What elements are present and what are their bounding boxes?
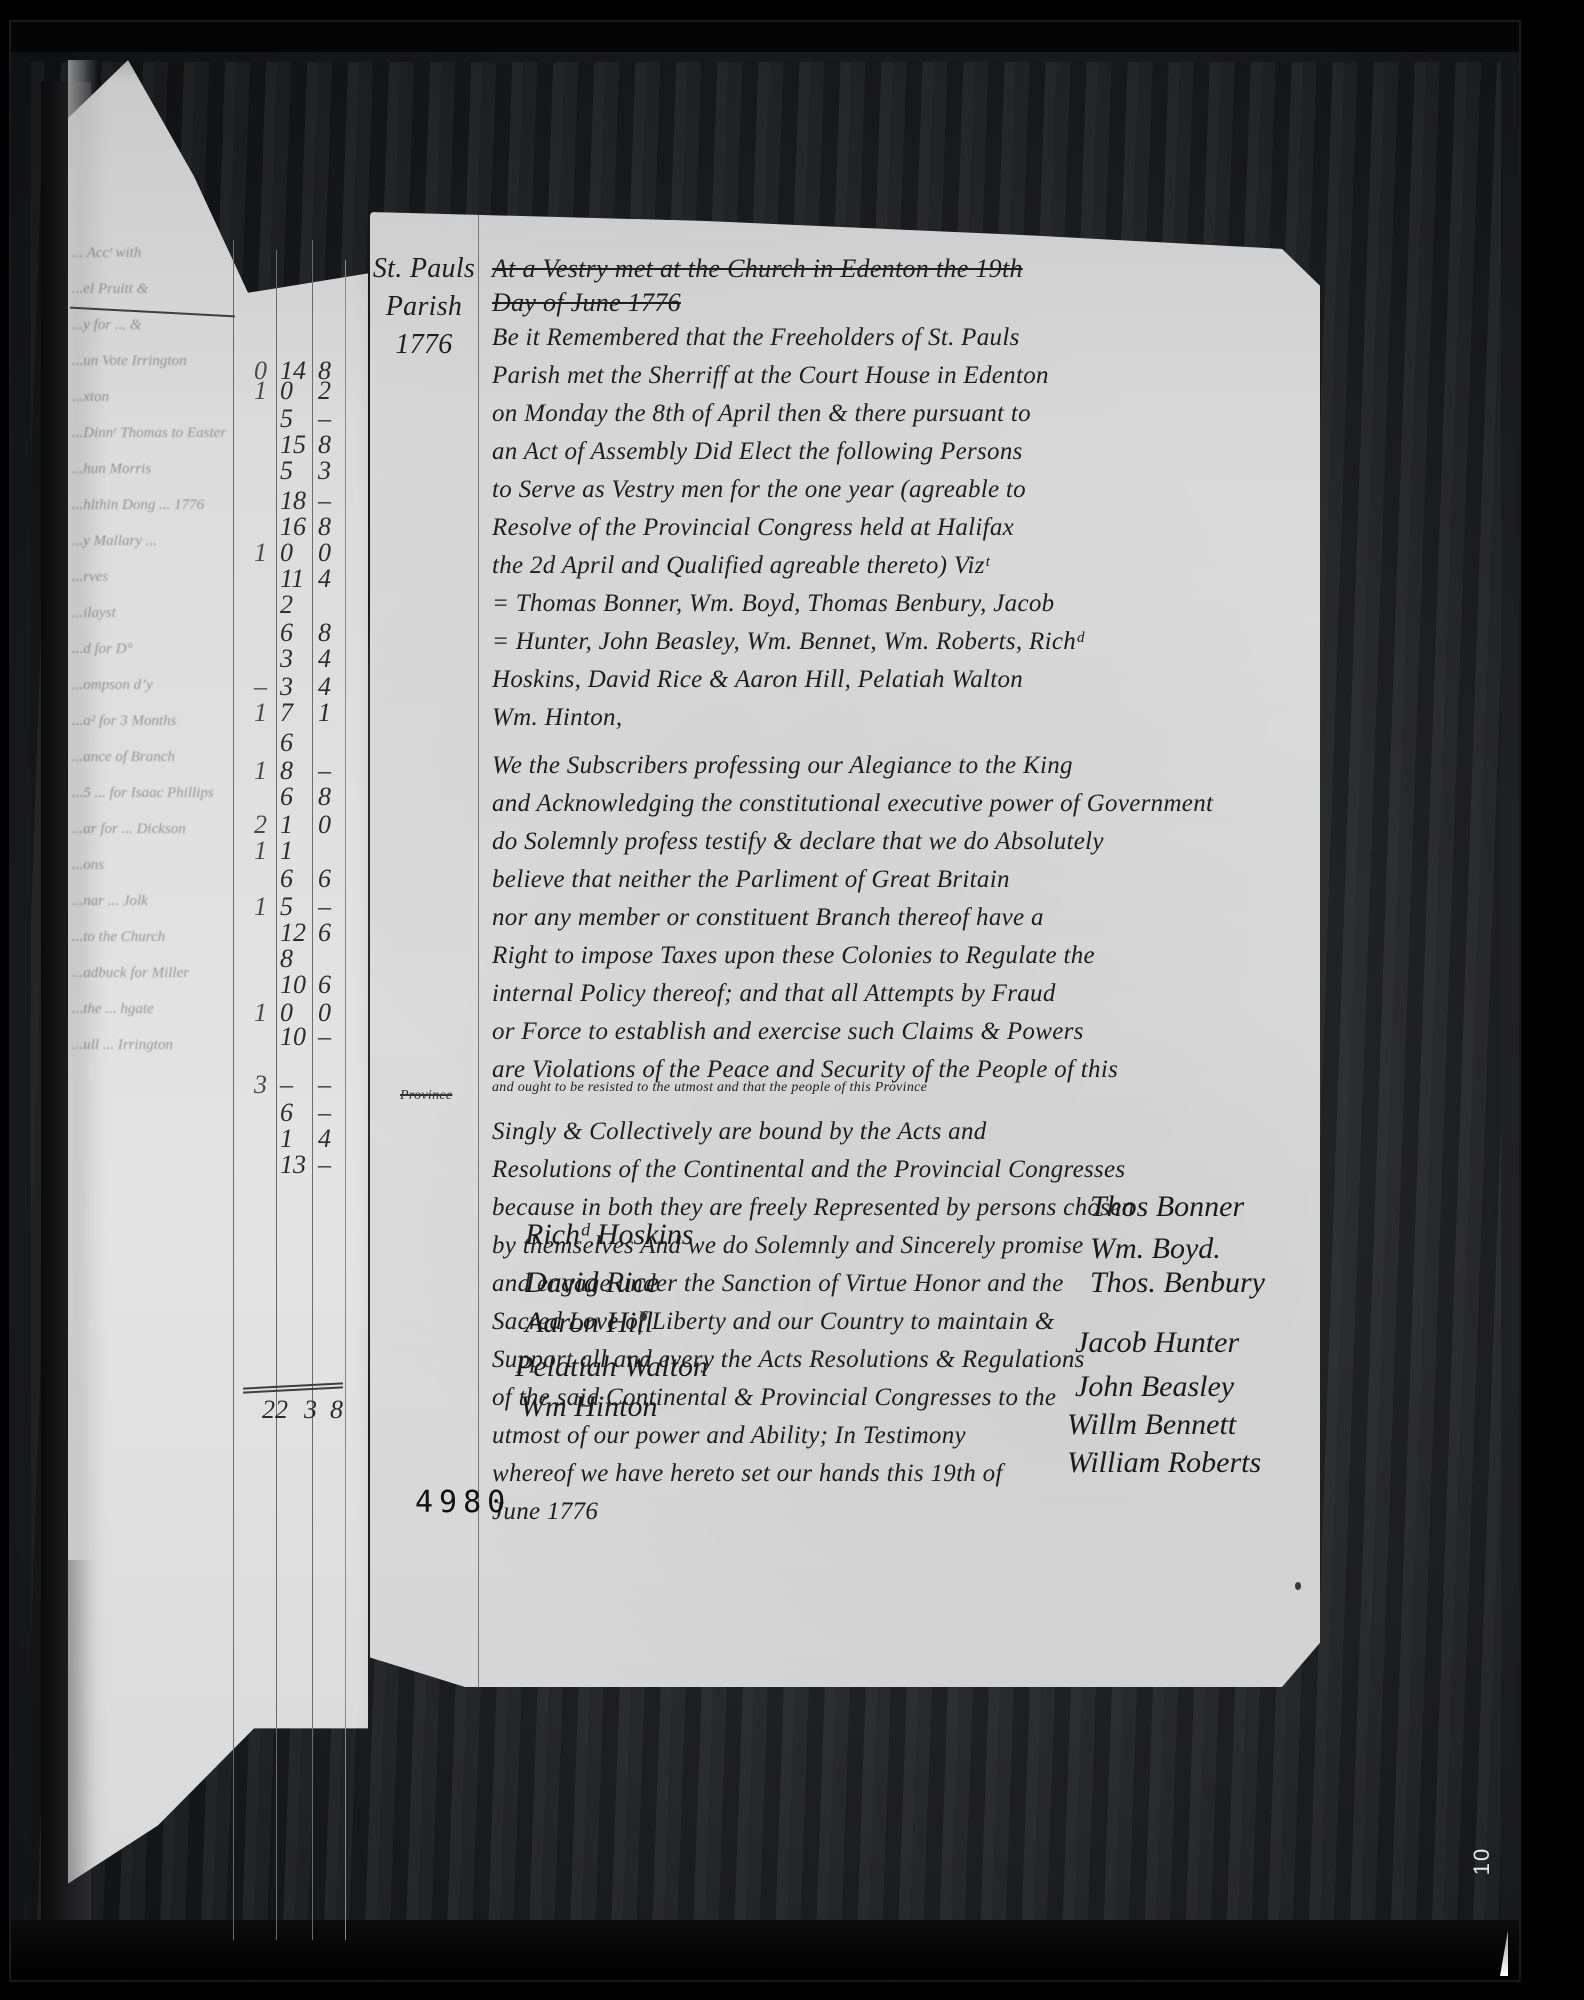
margin-heading-line: St. Pauls: [370, 250, 478, 288]
signature: Pelatiah Walton: [515, 1350, 708, 1384]
ledger-amount-shillings: 1: [280, 812, 293, 838]
ledger-amount-pence: 8: [318, 784, 331, 810]
ledger-amount-shillings: 11: [280, 566, 304, 592]
manuscript-line: and ought to be resisted to the utmost a…: [492, 1080, 927, 1096]
ledger-amount-pounds: 1: [254, 700, 267, 726]
manuscript-line: whereof we have hereto set our hands thi…: [492, 1460, 1003, 1488]
ledger-amount-shillings: 1: [280, 1126, 293, 1152]
ledger-amount-pence: –: [318, 758, 331, 784]
ledger-amount-shillings: 6: [280, 730, 293, 756]
archive-number-stamp: 4980: [415, 1485, 511, 1520]
signature: Richᵈ Hoskins: [525, 1218, 693, 1252]
paper-blemish: [640, 1312, 647, 1321]
manuscript-line: = Thomas Bonner, Wm. Boyd, Thomas Benbur…: [492, 590, 1054, 618]
ledger-amount-shillings: 16: [280, 514, 306, 540]
ledger-amount-shillings: 5: [280, 894, 293, 920]
manuscript-line: utmost of our power and Ability; In Test…: [492, 1422, 966, 1450]
ledger-amount-pence: –: [318, 1100, 331, 1126]
ledger-total-pounds: 22: [262, 1397, 288, 1423]
ledger-entry-text: ...ons: [72, 857, 104, 874]
ledger-amount-shillings: 18: [280, 488, 306, 514]
manuscript-line: Be it Remembered that the Freeholders of…: [492, 324, 1020, 352]
ledger-amount-shillings: 3: [280, 674, 293, 700]
ledger-amount-shillings: 6: [280, 866, 293, 892]
manuscript-line: We the Subscribers professing our Alegia…: [492, 752, 1073, 780]
ledger-entry-text: ...y for ... &: [72, 317, 142, 334]
manuscript-line: Hoskins, David Rice & Aaron Hill, Pelati…: [492, 666, 1023, 694]
ledger-amount-pence: 8: [318, 432, 331, 458]
ledger-entry-text: ...a² for 3 Months: [72, 713, 177, 730]
ledger-amount-pence: –: [318, 1072, 331, 1098]
plate-top-band: [11, 22, 1519, 52]
signature: William Roberts: [1067, 1446, 1261, 1480]
plate-bottom-band: [11, 1920, 1519, 1980]
ledger-entry-text: ...hlthin Dong ... 1776: [72, 497, 204, 514]
ledger-amount-pence: 4: [318, 566, 331, 592]
ledger-amount-shillings: –: [280, 1072, 293, 1098]
ledger-amount-pence: 4: [318, 674, 331, 700]
signature: Aaron Hill: [525, 1306, 653, 1340]
ledger-amount-shillings: 0: [280, 378, 293, 404]
ledger-amount-pence: 8: [318, 620, 331, 646]
ledger-entry-text: ...ance of Branch: [72, 749, 175, 766]
ledger-amount-shillings: 8: [280, 946, 293, 972]
ledger-entry-text: ...nar ... Jolk: [72, 893, 148, 910]
ledger-amount-pence: 3: [318, 458, 331, 484]
ledger-entry-text: ...xton: [72, 389, 109, 406]
ledger-amount-shillings: 2: [280, 592, 293, 618]
ledger-rule-pence: [312, 240, 313, 1940]
ledger-entry-text: ...ilayst: [72, 605, 116, 622]
manuscript-line: Parish met the Sherriff at the Court Hou…: [492, 362, 1049, 390]
ledger-amount-pence: 0: [318, 540, 331, 566]
margin-heading-line: 1776: [370, 326, 478, 364]
ledger-entry-text: ...ull ... Irrington: [72, 1037, 173, 1054]
ledger-amount-pounds: –: [254, 674, 267, 700]
ledger-entry-text: ...hun Morris: [72, 461, 151, 478]
ledger-amount-pence: 6: [318, 866, 331, 892]
ledger-entry-text: ...adbuck for Miller: [72, 965, 189, 982]
margin-heading-line: Parish: [370, 288, 478, 326]
signature: John Beasley: [1075, 1370, 1234, 1404]
ledger-amount-pence: 6: [318, 920, 331, 946]
ledger-amount-pence: 6: [318, 972, 331, 998]
manuscript-line: Resolutions of the Continental and the P…: [492, 1156, 1125, 1184]
signature: Thos Bonner: [1090, 1190, 1244, 1224]
ledger-amount-pounds: 3: [254, 1072, 267, 1098]
ledger-entry-text: ...the ... hgate: [72, 1001, 154, 1018]
ledger-amount-pence: 4: [318, 1126, 331, 1152]
ledger-entry-text: ...ompson d’y: [72, 677, 153, 694]
ledger-amount-pence: 4: [318, 646, 331, 672]
manuscript-line: or Force to establish and exercise such …: [492, 1018, 1084, 1046]
ledger-amount-pounds: 1: [254, 1000, 267, 1026]
ledger-amount-pounds: 1: [254, 894, 267, 920]
manuscript-line: by themselves And we do Solemnly and Sin…: [492, 1232, 1084, 1260]
manuscript-line: the 2d April and Qualified agreable ther…: [492, 552, 989, 580]
manuscript-line: Right to impose Taxes upon these Colonie…: [492, 942, 1095, 970]
struck-heading-line: At a Vestry met at the Church in Edenton…: [492, 254, 1023, 284]
ledger-entry-text: ...un Vote Irrington: [72, 353, 187, 370]
ledger-entry-text: ...el Pruitt &: [72, 281, 148, 298]
manuscript-line: Support all and every the Acts Resolutio…: [492, 1346, 1085, 1374]
ledger-amount-shillings: 3: [280, 646, 293, 672]
ledger-amount-shillings: 6: [280, 620, 293, 646]
manuscript-line: and Acknowledging the constitutional exe…: [492, 790, 1213, 818]
ledger-amount-pounds: 1: [254, 378, 267, 404]
ledger-entry-text: ...5 ... for Isaac Phillips: [72, 785, 214, 802]
manuscript-line: an Act of Assembly Did Elect the followi…: [492, 438, 1023, 466]
ledger-amount-pounds: 2: [254, 812, 267, 838]
ledger-rule-shillings: [276, 250, 277, 1940]
ledger-amount-shillings: 6: [280, 784, 293, 810]
ledger-amount-shillings: 10: [280, 972, 306, 998]
ledger-amount-pence: –: [318, 488, 331, 514]
manuscript-line: Resolve of the Provincial Congress held …: [492, 514, 1014, 542]
ledger-amount-shillings: 7: [280, 700, 293, 726]
manuscript-line: of the said Continental & Provincial Con…: [492, 1384, 1056, 1412]
manuscript-line: to Serve as Vestry men for the one year …: [492, 476, 1026, 504]
manuscript-line: = Hunter, John Beasley, Wm. Bennet, Wm. …: [492, 628, 1084, 656]
ledger-rule-pounds: [233, 240, 234, 1940]
ledger-amount-shillings: 13: [280, 1152, 306, 1178]
ledger-amount-pence: 1: [318, 700, 331, 726]
ledger-amount-shillings: 8: [280, 758, 293, 784]
ledger-entry-text: ...rves: [72, 569, 108, 586]
margin-heading: St. Pauls Parish 1776: [370, 250, 478, 364]
manuscript-line: Wm. Hinton,: [492, 704, 622, 732]
manuscript-line: on Monday the 8th of April then & there …: [492, 400, 1031, 428]
ledger-amount-shillings: 5: [280, 406, 293, 432]
manuscript-line: are Violations of the Peace and Security…: [492, 1056, 1118, 1084]
ledger-amount-pence: –: [318, 894, 331, 920]
signature: Thos. Benbury: [1090, 1266, 1265, 1300]
ledger-amount-pounds: 1: [254, 540, 267, 566]
right-manuscript-page: St. Pauls Parish 1776 At a Vestry met at…: [370, 212, 1320, 1687]
plate-number: 10: [1469, 1847, 1495, 1875]
ledger-amount-pence: –: [318, 1152, 331, 1178]
ledger-entry-text: ...ar for ... Dickson: [72, 821, 186, 838]
ledger-amount-shillings: 0: [280, 540, 293, 566]
ledger-entry-text: ...Dinnʳ Thomas to Easter: [72, 425, 226, 442]
ledger-amount-pence: 8: [318, 514, 331, 540]
ledger-amount-shillings: 15: [280, 432, 306, 458]
ledger-rule-outer: [345, 260, 346, 1940]
ledger-amount-pence: –: [318, 1024, 331, 1050]
ledger-total-shillings: 3: [304, 1397, 317, 1423]
struck-margin-word: Province: [400, 1088, 452, 1104]
ledger-amount-shillings: 12: [280, 920, 306, 946]
manuscript-line: nor any member or constituent Branch the…: [492, 904, 1044, 932]
signature: Wm Hinton: [520, 1390, 658, 1424]
manuscript-line: Sacred Love of Liberty and our Country t…: [492, 1308, 1055, 1336]
ledger-total-pence: 8: [330, 1397, 343, 1423]
page-margin-rule: [478, 212, 479, 1687]
ledger-amount-shillings: 6: [280, 1100, 293, 1126]
ledger-amount-shillings: 5: [280, 458, 293, 484]
ledger-amount-shillings: 1: [280, 838, 293, 864]
ledger-entry-text: ...d for D°: [72, 641, 133, 658]
paper-blemish: [1295, 1582, 1301, 1590]
manuscript-line: believe that neither the Parliment of Gr…: [492, 866, 1010, 894]
signature: Willm Bennett: [1067, 1408, 1236, 1442]
ledger-amount-pounds: 1: [254, 838, 267, 864]
manuscript-line: Singly & Collectively are bound by the A…: [492, 1118, 987, 1146]
signature: David Rice: [525, 1266, 659, 1300]
ledger-entry-text: ...y Mallary ...: [72, 533, 157, 550]
manuscript-line: do Solemnly profess testify & declare th…: [492, 828, 1104, 856]
ledger-amount-pence: 0: [318, 812, 331, 838]
manuscript-line: and engage under the Sanction of Virtue …: [492, 1270, 1064, 1298]
ledger-entry-text: ... Accᵗ with: [72, 245, 141, 262]
signature: Jacob Hunter: [1075, 1326, 1239, 1360]
ledger-amount-pence: 2: [318, 378, 331, 404]
manuscript-line: internal Policy thereof; and that all At…: [492, 980, 1056, 1008]
ledger-amount-pence: –: [318, 406, 331, 432]
ledger-amount-shillings: 10: [280, 1024, 306, 1050]
signature: Wm. Boyd.: [1090, 1232, 1221, 1266]
struck-heading-line: Day of June 1776: [492, 288, 681, 318]
ledger-amount-pounds: 1: [254, 758, 267, 784]
manuscript-line: because in both they are freely Represen…: [492, 1194, 1134, 1222]
ledger-entry-text: ...to the Church: [72, 929, 165, 946]
